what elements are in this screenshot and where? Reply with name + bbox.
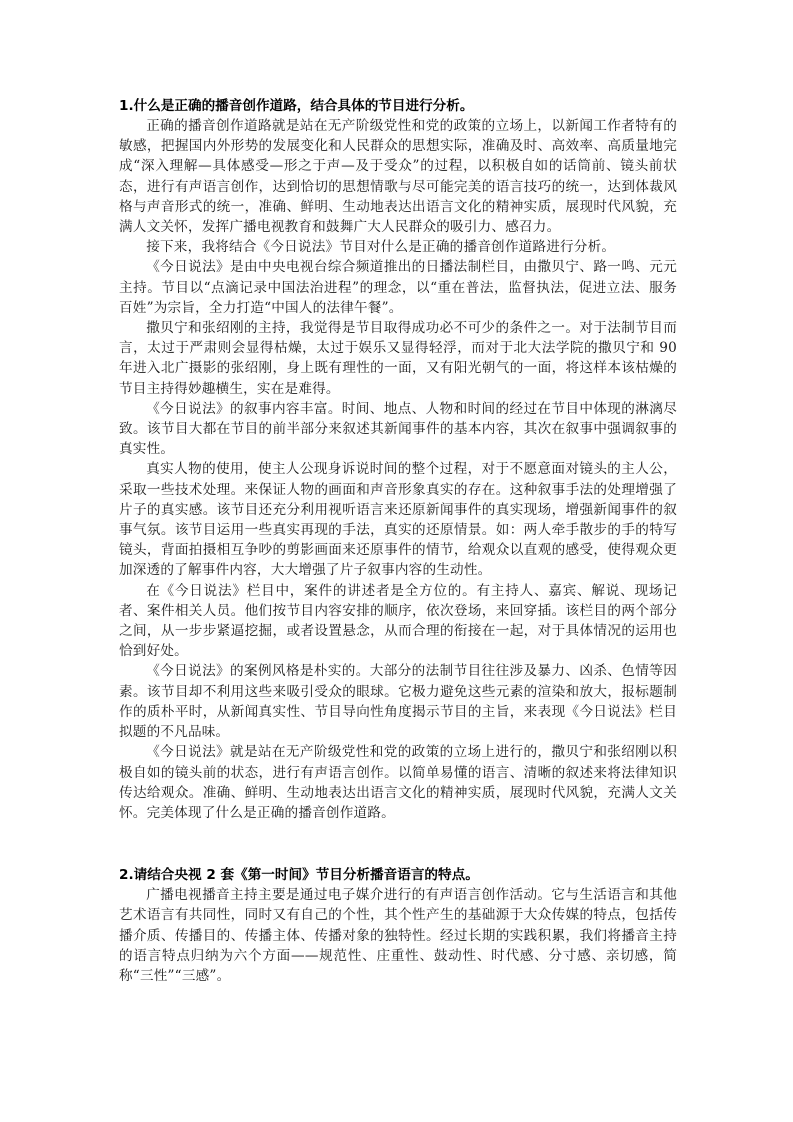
paragraph: 《今日说法》是由中央电视台综合频道推出的日播法制栏目，由撒贝宁、路一鸣、元元主持… — [119, 257, 677, 318]
section-spacer — [119, 823, 677, 865]
paragraph: 接下来，我将结合《今日说法》节目对什么是正确的播音创作道路进行分析。 — [119, 237, 677, 257]
paragraph: 广播电视播音主持主要是通过电子媒介进行的有声语言创作活动。它与生活语言和其他艺术… — [119, 885, 677, 986]
section-heading: 1.什么是正确的播音创作道路，结合具体的节目进行分析。 — [119, 96, 677, 116]
paragraph: 真实人物的使用，使主人公现身诉说时间的整个过程，对于不愿意面对镜头的主人公，采取… — [119, 459, 677, 580]
paragraph: 在《今日说法》栏目中，案件的讲述者是全方位的。有主持人、嘉宾、解说、现场记者、案… — [119, 581, 677, 662]
section-1: 1.什么是正确的播音创作道路，结合具体的节目进行分析。 正确的播音创作道路就是站… — [119, 96, 677, 823]
paragraph: 《今日说法》就是站在无产阶级党性和党的政策的立场上进行的，撒贝宁和张绍刚以积极自… — [119, 742, 677, 823]
section-2: 2.请结合央视 2 套《第一时间》节目分析播音语言的特点。 广播电视播音主持主要… — [119, 865, 677, 986]
paragraph: 《今日说法》的案例风格是朴实的。大部分的法制节目往往涉及暴力、凶杀、色情等因素。… — [119, 661, 677, 742]
document-page: 1.什么是正确的播音创作道路，结合具体的节目进行分析。 正确的播音创作道路就是站… — [119, 96, 677, 986]
paragraph: 撒贝宁和张绍刚的主持，我觉得是节目取得成功必不可少的条件之一。对于法制节目而言，… — [119, 318, 677, 399]
section-heading: 2.请结合央视 2 套《第一时间》节目分析播音语言的特点。 — [119, 865, 677, 885]
paragraph: 正确的播音创作道路就是站在无产阶级党性和党的政策的立场上，以新闻工作者特有的敏感… — [119, 116, 677, 237]
paragraph: 《今日说法》的叙事内容丰富。时间、地点、人物和时间的经过在节目中体现的淋漓尽致。… — [119, 399, 677, 460]
